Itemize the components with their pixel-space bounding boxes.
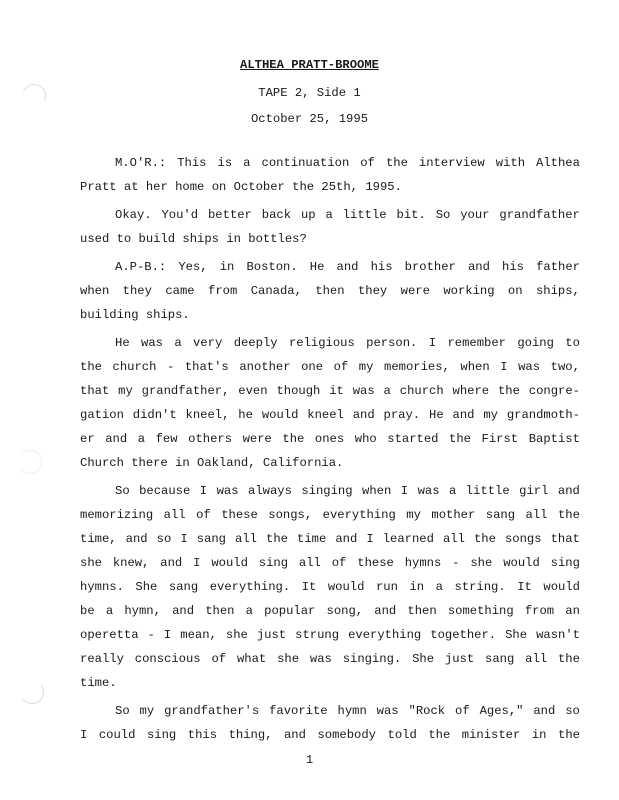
transcript-line: thatmygrandfather,eventhoughitwasachurch… xyxy=(80,379,580,403)
transcript-line: Somygrandfather'sfavoritehymnwas"RockofA… xyxy=(80,699,580,723)
transcript-paragraph: Somygrandfather'sfavoritehymnwas"RockofA… xyxy=(80,699,580,747)
transcript-line: erandafewothersweretheoneswhostartedtheF… xyxy=(80,427,580,451)
transcript-line: Icouldsingthisthing,andsomebodytoldthemi… xyxy=(80,723,580,747)
transcript-paragraph: SobecauseIwasalwayssingingwhenIwasalittl… xyxy=(80,479,580,695)
transcript-paragraph: M.O'R.:Thisisacontinuationoftheinterview… xyxy=(80,151,580,199)
transcript-line: M.O'R.:Thisisacontinuationoftheinterview… xyxy=(80,151,580,175)
punch-hole-mark xyxy=(18,450,42,474)
transcript-line: operetta-Imean,shejuststrungeverythingto… xyxy=(80,623,580,647)
transcript-line: thechurch-that'sanotheroneofmymemories,w… xyxy=(80,355,580,379)
transcript-line: hymns.Shesangeverything.Itwouldruninastr… xyxy=(80,575,580,599)
transcript-line: time,andsoIsangallthetimeandIlearnedallt… xyxy=(80,527,580,551)
transcript-line: PrattatherhomeonOctoberthe25th,1995. xyxy=(80,175,580,199)
transcript-line: beahymn,andthenapopularsong,andthensomet… xyxy=(80,599,580,623)
transcript-line: ChurchthereinOakland,California. xyxy=(80,451,580,475)
transcript-line: time. xyxy=(80,671,580,695)
transcript-line: whentheycamefromCanada,thentheywereworki… xyxy=(80,279,580,303)
transcript-paragraph: A.P-B.:Yes,inBoston.Heandhisbrotherandhi… xyxy=(80,255,580,327)
interview-date: October 25, 1995 xyxy=(0,112,619,126)
transcript-paragraph: Hewasaverydeeplyreligiousperson.Iremembe… xyxy=(80,331,580,475)
transcript-line: memorizingallofthesesongs,everythingmymo… xyxy=(80,503,580,527)
tape-label: TAPE 2, Side 1 xyxy=(0,86,619,100)
transcript-paragraph: Okay.You'dbetterbackupalittlebit.Soyourg… xyxy=(80,203,580,251)
transcript-line: A.P-B.:Yes,inBoston.Heandhisbrotherandhi… xyxy=(80,255,580,279)
transcript-line: buildingships. xyxy=(80,303,580,327)
transcript-line: gationdidn'tkneel,hewouldkneelandpray.He… xyxy=(80,403,580,427)
transcript-line: Okay.You'dbetterbackupalittlebit.Soyourg… xyxy=(80,203,580,227)
document-page: ALTHEA PRATT-BROOME TAPE 2, Side 1 Octob… xyxy=(0,0,619,800)
transcript-line: usedtobuildshipsinbottles? xyxy=(80,227,580,251)
punch-hole-mark xyxy=(18,678,46,706)
document-title: ALTHEA PRATT-BROOME xyxy=(0,58,619,72)
page-number: 1 xyxy=(0,753,619,767)
transcript-line: sheknew,andIwouldsingallofthesehymns-she… xyxy=(80,551,580,575)
transcript-line: reallyconsciousofwhatshewassinging.Sheju… xyxy=(80,647,580,671)
transcript-line: Hewasaverydeeplyreligiousperson.Iremembe… xyxy=(80,331,580,355)
transcript-body: M.O'R.:Thisisacontinuationoftheinterview… xyxy=(80,151,580,747)
transcript-line: SobecauseIwasalwayssingingwhenIwasalittl… xyxy=(80,479,580,503)
